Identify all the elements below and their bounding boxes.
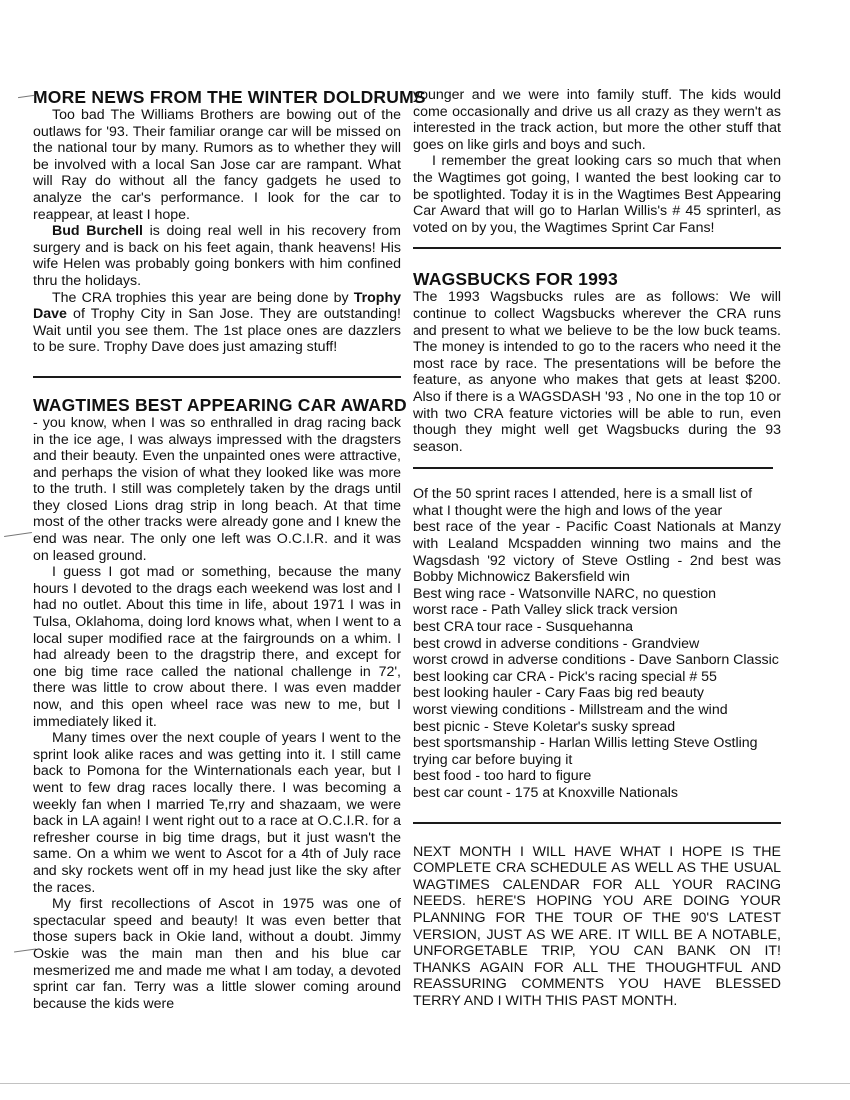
paragraph-wagsbucks-rules: The 1993 Wagsbucks rules are as follows:… xyxy=(413,289,781,455)
margin-pen-mark xyxy=(18,95,34,98)
list-item: worst race - Path Valley slick track ver… xyxy=(413,602,781,619)
paragraph-next-month-announcement: NEXT MONTH I WILL HAVE WHAT I HOPE IS TH… xyxy=(413,844,781,1010)
list-item: best looking hauler - Cary Faas big red … xyxy=(413,685,781,702)
list-item: Best wing race - Watsonville NARC, no qu… xyxy=(413,586,781,603)
paragraph-tulsa: I guess I got mad or something, because … xyxy=(33,564,401,730)
list-item: worst viewing conditions - Millstream an… xyxy=(413,702,781,719)
list-item: best CRA tour race - Susquehanna xyxy=(413,619,781,636)
paragraph-family-stuff: younger and we were into family stuff. T… xyxy=(413,87,781,153)
left-column: MORE NEWS FROM THE WINTER DOLDRUMS Too b… xyxy=(33,87,401,1012)
right-column: younger and we were into family stuff. T… xyxy=(413,87,781,1010)
list-item: best sportsmanship - Harlan Willis letti… xyxy=(413,735,781,768)
newsletter-page: MORE NEWS FROM THE WINTER DOLDRUMS Too b… xyxy=(0,0,850,1100)
bold-name: Bud Burchell xyxy=(52,223,143,239)
list-item: worst crowd in adverse conditions - Dave… xyxy=(413,652,781,669)
list-item: best food - too hard to figure xyxy=(413,768,781,785)
list-item: best car count - 175 at Knoxville Nation… xyxy=(413,785,781,802)
list-item: best race of the year - Pacific Coast Na… xyxy=(413,519,781,585)
paragraph-bud-burchell: Bud Burchell is doing real well in his r… xyxy=(33,223,401,289)
section-heading-best-appearing-car: WAGTIMES BEST APPEARING CAR AWARD xyxy=(33,395,401,415)
paragraph-best-looking-cars: I remember the great looking cars so muc… xyxy=(413,153,781,236)
paragraph-williams-brothers: Too bad The Williams Brothers are bowing… xyxy=(33,107,401,223)
paragraph-pomona: Many times over the next couple of years… xyxy=(33,730,401,896)
paragraph-text: of Trophy City in San Jose. They are out… xyxy=(33,306,401,355)
highs-lows-list: best race of the year - Pacific Coast Na… xyxy=(413,519,781,801)
paragraph-ascot: My first recollections of Ascot in 1975 … xyxy=(33,896,401,1012)
paragraph-trophy-dave: The CRA trophies this year are being don… xyxy=(33,290,401,356)
list-item: best crowd in adverse conditions - Grand… xyxy=(413,636,781,653)
paragraph-drag-racing: - you know, when I was so enthralled in … xyxy=(33,415,401,564)
list-item: best picnic - Steve Koletar's susky spre… xyxy=(413,719,781,736)
paragraph-highs-lows-intro: Of the 50 sprint races I attended, here … xyxy=(413,486,781,519)
paragraph-text: The CRA trophies this year are being don… xyxy=(52,290,354,306)
section-heading-wagsbucks: WAGSBUCKS FOR 1993 xyxy=(413,269,781,289)
margin-pen-mark xyxy=(4,532,32,537)
list-item: best looking car CRA - Pick's racing spe… xyxy=(413,669,781,686)
scan-edge-line xyxy=(0,1083,850,1084)
section-heading-winter-doldrums: MORE NEWS FROM THE WINTER DOLDRUMS xyxy=(33,87,401,107)
